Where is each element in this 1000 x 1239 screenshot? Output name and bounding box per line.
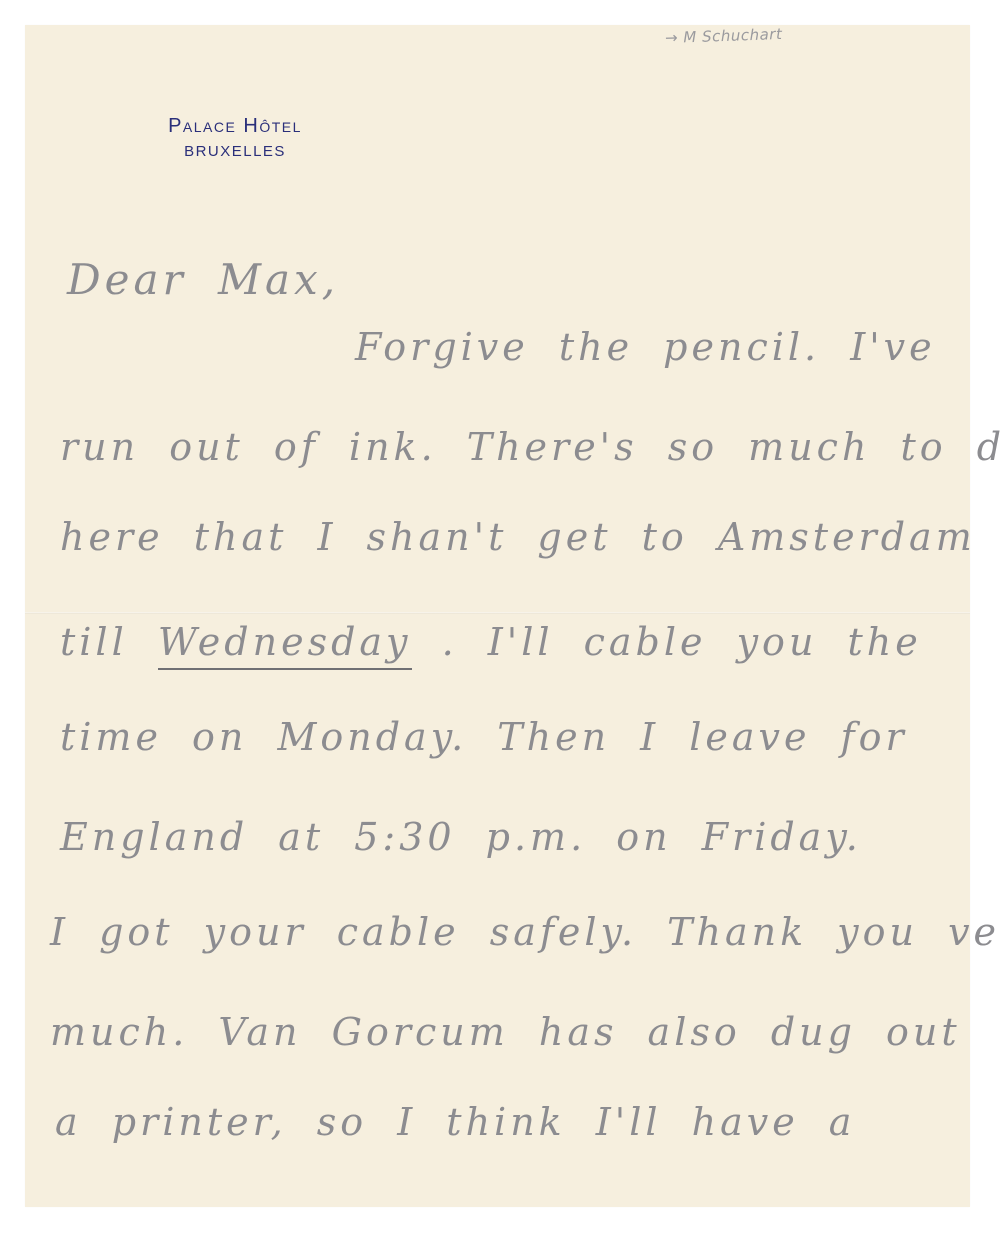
- letter-paper: → M Schuchart Palace Hôtel BRUXELLES Dea…: [25, 25, 970, 1207]
- salutation: Dear Max,: [67, 255, 339, 304]
- letter-line-4-end: . I'll cable you the: [442, 620, 922, 664]
- letter-line-3: here that I shan't get to Amsterdam: [60, 515, 976, 559]
- letterhead-hotel-name: Palace Hôtel: [130, 113, 340, 139]
- letterhead: Palace Hôtel BRUXELLES: [130, 113, 340, 165]
- letter-line-2: run out of ink. There's so much to do: [60, 425, 1000, 469]
- underlined-word: Wednesday: [158, 620, 412, 670]
- letter-line-6: England at 5:30 p.m. on Friday.: [60, 815, 862, 859]
- letter-line-4: till Wednesday . I'll cable you the: [60, 620, 922, 664]
- margin-annotation: → M Schuchart: [665, 25, 783, 47]
- letterhead-city: BRUXELLES: [130, 139, 340, 165]
- letter-line-8: much. Van Gorcum has also dug out: [50, 1010, 961, 1054]
- letter-line-7: I got your cable safely. Thank you very: [50, 910, 1000, 954]
- letter-line-9: a printer, so I think I'll have a: [55, 1100, 855, 1144]
- fold-line: [25, 612, 970, 614]
- letter-line-4-start: till: [60, 620, 128, 664]
- letter-line-1: Forgive the pencil. I've: [355, 325, 936, 369]
- letter-line-5: time on Monday. Then I leave for: [60, 715, 908, 759]
